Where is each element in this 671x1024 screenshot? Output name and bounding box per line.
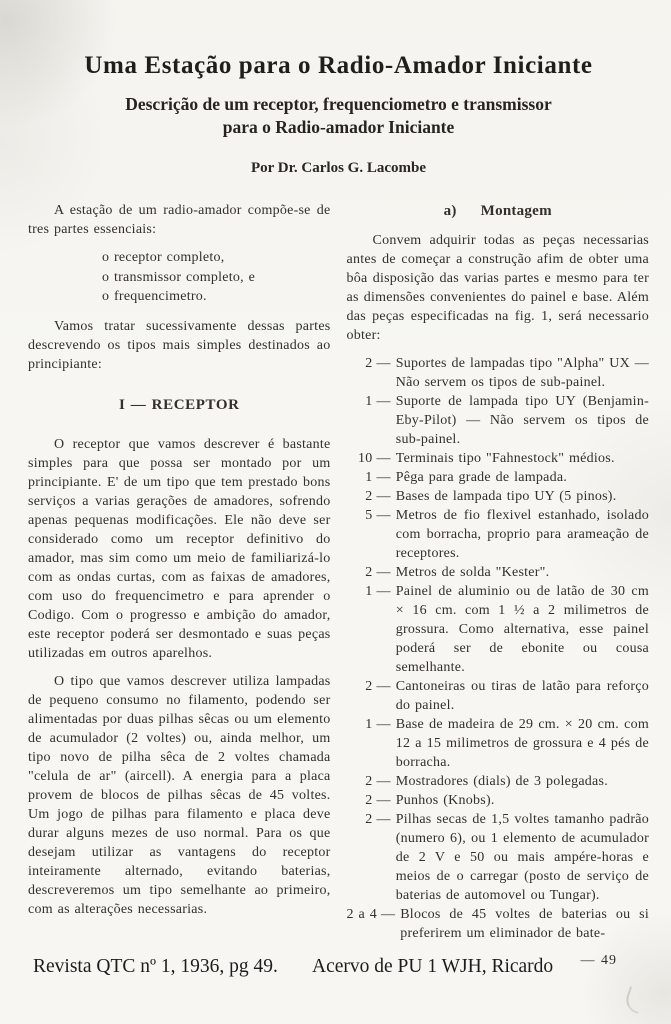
part-dash: — [373, 563, 396, 582]
list-item: o frequencimetro. [102, 287, 331, 307]
part-text: Suporte de lampada tipo UY (Benjamin-Eby… [396, 392, 649, 449]
part-text: Cantoneiras ou tiras de latão para refor… [396, 677, 649, 715]
page-title: Uma Estação para o Radio-Amador Iniciant… [28, 52, 649, 80]
part-item: 2—Mostradores (dials) de 3 polegadas. [347, 772, 650, 791]
part-qty: 2 [347, 810, 373, 905]
part-item: 1—Pêga para grade de lampada. [347, 468, 650, 487]
heading-label: a) [444, 203, 457, 219]
part-text: Metros de fio flexivel estanhado, isolad… [396, 506, 649, 563]
part-qty: 2 [347, 354, 373, 392]
part-qty: 2 [347, 677, 373, 715]
subtitle-line-1: Descrição de um receptor, frequenciometr… [28, 93, 649, 116]
part-text: Bases de lampada tipo UY (5 pinos). [396, 487, 649, 506]
part-dash: — [377, 905, 400, 943]
part-qty: 2 a 4 [347, 905, 377, 943]
part-dash: — [373, 715, 396, 772]
part-text: Painel de aluminio ou de latão de 30 cm … [396, 582, 649, 677]
part-item: 2—Metros de solda "Kester". [347, 563, 650, 582]
part-dash: — [373, 791, 396, 810]
part-qty: 1 [347, 392, 373, 449]
subtitle-line-2: para o Radio-amador Iniciante [28, 116, 649, 139]
caption-source: Revista QTC nº 1, 1936, pg 49. [33, 956, 278, 978]
part-text: Metros de solda "Kester". [396, 563, 649, 582]
part-item: 2—Pilhas secas de 1,5 voltes tamanho pad… [347, 810, 650, 905]
magazine-page: Uma Estação para o Radio-Amador Iniciant… [0, 0, 671, 970]
receptor-paragraph-2: O tipo que vamos descrever utiliza lampa… [28, 672, 331, 919]
part-qty: 1 [347, 582, 373, 677]
part-dash: — [373, 487, 396, 506]
intro-paragraph: A estação de um radio-amador compõe-se d… [28, 201, 331, 239]
part-item: 2—Punhos (Knobs). [347, 791, 650, 810]
part-qty: 1 [347, 715, 373, 772]
part-item: 5—Metros de fio flexivel estanhado, isol… [347, 506, 650, 563]
part-item: 1—Suporte de lampada tipo UY (Benjamin-E… [347, 392, 650, 449]
part-text: Blocos de 45 voltes de baterias ou si pr… [400, 905, 649, 943]
part-dash: — [373, 468, 396, 487]
part-item: 2—Suportes de lampadas tipo "Alpha" UX —… [347, 354, 650, 392]
part-text: Terminais tipo "Fahnestock" médios. [396, 449, 649, 468]
part-dash: — [373, 582, 396, 677]
part-dash: — [373, 677, 396, 715]
page-subtitle: Descrição de um receptor, frequenciometr… [28, 93, 649, 139]
part-item: 2 a 4—Blocos de 45 voltes de baterias ou… [347, 905, 650, 943]
part-qty: 5 [347, 506, 373, 563]
section-heading-receptor: I — RECEPTOR [28, 396, 331, 415]
part-item: 1—Painel de aluminio ou de latão de 30 c… [347, 582, 650, 677]
parts-list: 2—Suportes de lampadas tipo "Alpha" UX —… [347, 354, 650, 943]
part-dash: — [373, 506, 396, 563]
part-qty: 2 [347, 487, 373, 506]
part-text: Pilhas secas de 1,5 voltes tamanho padrã… [396, 810, 649, 905]
part-text: Pêga para grade de lampada. [396, 468, 649, 487]
part-text: Base de madeira de 29 cm. × 20 cm. com 1… [396, 715, 649, 772]
part-qty: 1 [347, 468, 373, 487]
part-item: 2—Cantoneiras ou tiras de latão para ref… [347, 677, 650, 715]
list-item: o receptor completo, [102, 248, 331, 268]
part-text: Suportes de lampadas tipo "Alpha" UX — N… [396, 354, 649, 392]
heading-title: Montagem [481, 203, 552, 219]
list-item: o transmissor completo, e [102, 268, 331, 288]
montagem-intro-paragraph: Convem adquirir todas as peças necessari… [347, 231, 650, 345]
part-qty: 2 [347, 563, 373, 582]
part-dash: — [373, 392, 396, 449]
part-qty: 10 [347, 449, 373, 468]
scan-smudge-mark [623, 986, 646, 1014]
part-text: Mostradores (dials) de 3 polegadas. [396, 772, 649, 791]
right-column: a)Montagem Convem adquirir todas as peça… [347, 201, 650, 970]
part-dash: — [373, 449, 396, 468]
after-list-paragraph: Vamos tratar sucessivamente dessas parte… [28, 317, 331, 374]
caption-collection: Acervo de PU 1 WJH, Ricardo [312, 956, 553, 978]
two-column-body: A estação de um radio-amador compõe-se d… [28, 201, 649, 970]
part-item: 2—Bases de lampada tipo UY (5 pinos). [347, 487, 650, 506]
part-item: 10—Terminais tipo "Fahnestock" médios. [347, 449, 650, 468]
left-column: A estação de um radio-amador compõe-se d… [28, 201, 331, 970]
part-item: 1—Base de madeira de 29 cm. × 20 cm. com… [347, 715, 650, 772]
essential-parts-list: o receptor completo, o transmissor compl… [102, 248, 331, 307]
byline: Por Dr. Carlos G. Lacombe [28, 160, 649, 177]
section-heading-montagem: a)Montagem [347, 202, 650, 221]
part-dash: — [373, 772, 396, 791]
part-dash: — [373, 354, 396, 392]
part-dash: — [373, 810, 396, 905]
part-text: Punhos (Knobs). [396, 791, 649, 810]
receptor-paragraph-1: O receptor que vamos descrever é bastant… [28, 435, 331, 663]
part-qty: 2 [347, 791, 373, 810]
part-qty: 2 [347, 772, 373, 791]
